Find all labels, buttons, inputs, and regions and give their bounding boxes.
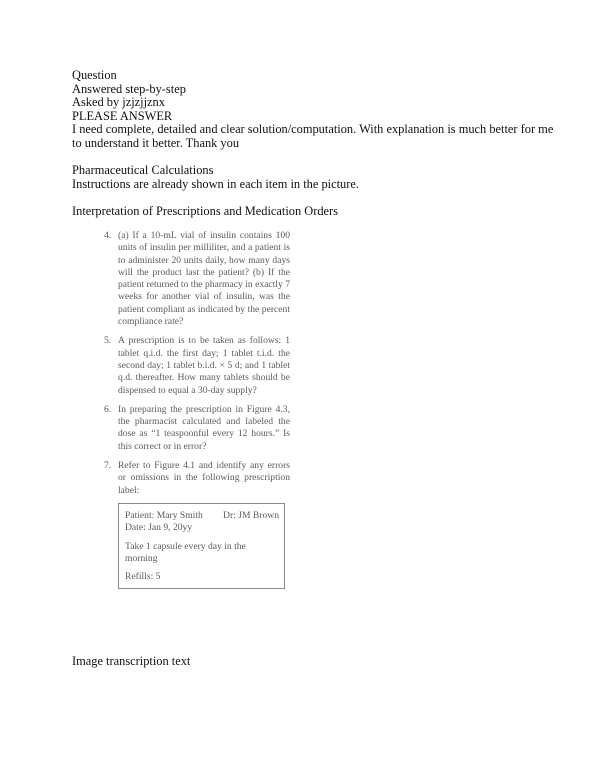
problem-number: 4. <box>104 230 111 242</box>
problem-number: 7. <box>104 460 111 472</box>
answer-status: Answered step-by-step <box>72 83 572 97</box>
prescription-label: Patient: Mary Smith Dr: JM Brown Date: J… <box>118 503 285 589</box>
problem-number: 5. <box>104 335 111 347</box>
urgent-note: PLEASE ANSWER <box>72 110 572 124</box>
rx-patient: Patient: Mary Smith <box>125 510 203 522</box>
problem-item: 5. A prescription is to be taken as foll… <box>104 335 290 396</box>
section-title: Interpretation of Prescriptions and Medi… <box>72 205 572 219</box>
problem-text: Refer to Figure 4.1 and identify any err… <box>118 460 290 496</box>
problem-text: A prescription is to be taken as follows… <box>118 335 290 395</box>
rx-refills: Refills: 5 <box>125 571 279 583</box>
request-text-line-1: I need complete, detailed and clear solu… <box>72 123 572 137</box>
problem-text: In preparing the prescription in Figure … <box>118 404 290 452</box>
problem-item: 6. In preparing the prescription in Figu… <box>104 404 290 453</box>
subject-title: Pharmaceutical Calculations <box>72 164 572 178</box>
problem-item: 7. Refer to Figure 4.1 and identify any … <box>104 460 290 497</box>
subject-instructions: Instructions are already shown in each i… <box>72 178 572 192</box>
question-document: Question Answered step-by-step Asked by … <box>72 69 572 219</box>
rx-date: Date: Jan 9, 20yy <box>125 522 279 534</box>
request-text-line-2: to understand it better. Thank you <box>72 137 572 151</box>
question-type-label: Question <box>72 69 572 83</box>
problem-text: (a) If a 10-mL vial of insulin contains … <box>118 230 290 327</box>
question-image: 4. (a) If a 10-mL vial of insulin contai… <box>104 230 290 589</box>
rx-doctor: Dr: JM Brown <box>223 510 279 522</box>
problem-item: 4. (a) If a 10-mL vial of insulin contai… <box>104 230 290 328</box>
asked-by: Asked by jzjzjjznx <box>72 96 572 110</box>
transcription-heading: Image transcription text <box>72 654 190 669</box>
rx-directions: Take 1 capsule every day in the morning <box>125 541 279 566</box>
problem-number: 6. <box>104 404 111 416</box>
